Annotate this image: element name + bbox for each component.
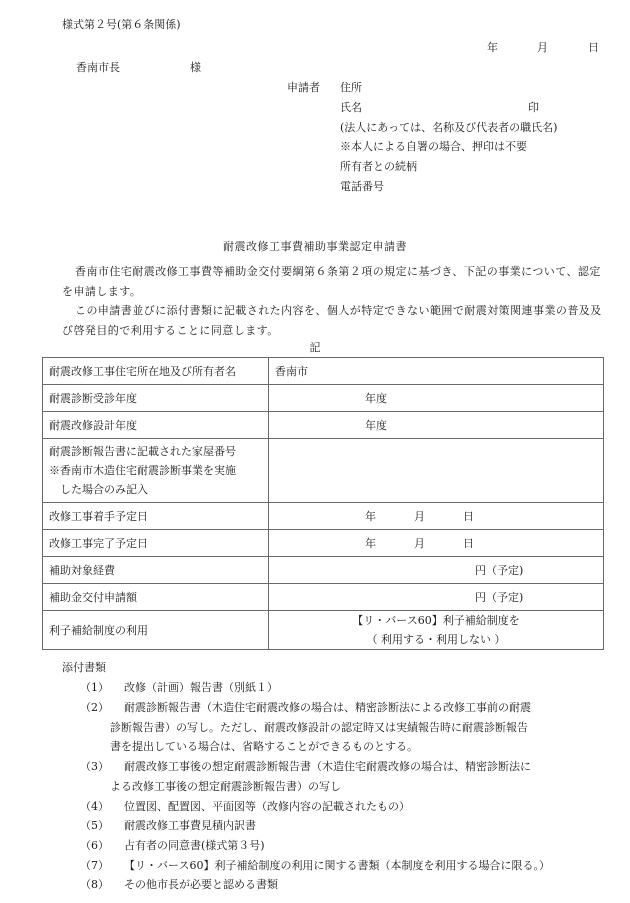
attachment-item: （5）耐震改修工事費見積内訳書 — [80, 820, 256, 831]
applicant-name-field[interactable]: 氏名 — [340, 102, 362, 113]
attachments-heading: 添付書類 — [62, 662, 106, 673]
item-number: （7） — [80, 860, 124, 871]
table-row: 改修工事完了予定日 年月日 — [43, 530, 604, 557]
attachment-item: （7）【リ・バース60】利子補給制度の利用に関する書類（本制度を利用する場合に限… — [80, 860, 550, 871]
honorific: 様 — [190, 62, 201, 73]
item-number: （2） — [80, 702, 124, 713]
body-paragraph-2: この申請書並びに添付書類に記載された内容を、個人が特定できない範囲で耐震対策関連… — [62, 301, 610, 341]
choice-line: 【リ・バース60】利子補給制度を — [275, 611, 597, 630]
month-label: 月 — [414, 538, 425, 549]
day-label: 日 — [463, 538, 474, 549]
row-label: 補助金交付申請額 — [43, 584, 269, 611]
interest-subsidy-choice[interactable]: 【リ・バース60】利子補給制度を （ 利用する・利用しない ） — [269, 611, 604, 650]
year-label: 年 — [365, 511, 376, 522]
signature-note: ※本人による自署の場合、押印は不要 — [340, 141, 527, 152]
row-label: 改修工事完了予定日 — [43, 530, 269, 557]
item-text: 占有者の同意書(様式第３号) — [124, 839, 265, 852]
item-number: （5） — [80, 820, 124, 831]
relationship-field[interactable]: 所有者との続柄 — [340, 161, 417, 172]
location-owner-value[interactable]: 香南市 — [269, 358, 604, 385]
item-text-cont: 診断報告書）の写し。ただし、耐震改修設計の認定時又は実績報告時に耐震診断報告 — [110, 722, 528, 733]
date-day-label: 日 — [588, 42, 599, 53]
document-title: 耐震改修工事費補助事業認定申請書 — [0, 241, 630, 252]
application-table: 耐震改修工事住宅所在地及び所有者名 香南市 耐震診断受診年度 年度 耐震改修設計… — [42, 357, 604, 650]
table-row: 改修工事着手予定日 年月日 — [43, 503, 604, 530]
label-line: した場合のみ記入 — [49, 480, 262, 499]
attachment-item: （2）耐震診断報告書（木造住宅耐震改修の場合は、精密診断法による改修工事前の耐震 — [80, 702, 531, 713]
diagnosis-year-value[interactable]: 年度 — [269, 385, 604, 412]
use-or-not-options[interactable]: （ 利用する・利用しない ） — [275, 630, 597, 649]
item-number: （4） — [80, 801, 124, 812]
item-text: 【リ・バース60】利子補給制度の利用に関する書類（本制度を利用する場合に限る。） — [124, 859, 550, 872]
table-row: 補助金交付申請額 円（予定) — [43, 584, 604, 611]
attachment-item: （6）占有者の同意書(様式第３号) — [80, 840, 265, 851]
phone-field[interactable]: 電話番号 — [340, 181, 384, 192]
table-row: 耐震改修設計年度 年度 — [43, 412, 604, 439]
item-number: （1） — [80, 682, 124, 693]
date-month-label: 月 — [537, 42, 548, 53]
row-label: 耐震改修設計年度 — [43, 412, 269, 439]
row-label: 耐震改修工事住宅所在地及び所有者名 — [43, 358, 269, 385]
table-row: 耐震診断受診年度 年度 — [43, 385, 604, 412]
day-label: 日 — [463, 511, 474, 522]
applicant-address-field[interactable]: 住所 — [340, 82, 362, 93]
yen-label: 円（予定) — [275, 591, 523, 604]
item-text: 耐震改修工事費見積内訳書 — [124, 819, 256, 832]
attachment-item: （4）位置図、配置図、平面図等（改修内容の記載されたもの） — [80, 801, 410, 812]
start-date-value[interactable]: 年月日 — [269, 503, 604, 530]
completion-date-value[interactable]: 年月日 — [269, 530, 604, 557]
label-line: 耐震診断報告書に記載された家屋番号 — [49, 442, 262, 461]
attachment-item: （3）耐震改修工事後の想定耐震診断報告書（木造住宅耐震改修の場合は、精密診断法に — [80, 761, 531, 772]
table-row: 耐震改修工事住宅所在地及び所有者名 香南市 — [43, 358, 604, 385]
addressee: 香南市長 — [76, 62, 120, 73]
body-paragraph-1: 香南市住宅耐震改修工事費等補助金交付要綱第６条第２項の規定に基づき、下記の事業に… — [62, 262, 610, 302]
item-text: 耐震診断報告書（木造住宅耐震改修の場合は、精密診断法による改修工事前の耐震 — [124, 701, 531, 714]
applicant-label: 申請者 — [287, 82, 320, 93]
row-label: 耐震診断受診年度 — [43, 385, 269, 412]
attachment-item: （8）その他市長が必要と認める書類 — [80, 879, 278, 890]
item-text-cont: よる改修工事後の想定耐震診断報告書）の写し — [110, 781, 341, 792]
table-row: 補助対象経費 円（予定) — [43, 557, 604, 584]
item-text: その他市長が必要と認める書類 — [124, 878, 278, 891]
row-label: 利子補給制度の利用 — [43, 611, 269, 650]
item-text: 耐震改修工事後の想定耐震診断報告書（木造住宅耐震改修の場合は、精密診断法に — [124, 760, 531, 773]
nendo-label: 年度 — [275, 392, 387, 405]
subsidy-cost-value[interactable]: 円（予定) — [269, 557, 604, 584]
date-year-label: 年 — [487, 42, 498, 53]
seal-mark: 印 — [528, 102, 539, 113]
item-number: （6） — [80, 840, 124, 851]
table-row: 耐震診断報告書に記載された家屋番号 ※香南市木造住宅耐震診断事業を実施 した場合… — [43, 439, 604, 503]
month-label: 月 — [414, 511, 425, 522]
ki-marker: 記 — [0, 342, 630, 353]
item-text-cont: 書を提出している場合は、省略することができるものとする。 — [110, 741, 418, 752]
attachment-item: （1）改修（計画）報告書（別紙１） — [80, 682, 278, 693]
requested-amount-value[interactable]: 円（予定) — [269, 584, 604, 611]
item-text: 位置図、配置図、平面図等（改修内容の記載されたもの） — [124, 800, 410, 813]
item-number: （3） — [80, 761, 124, 772]
row-label: 改修工事着手予定日 — [43, 503, 269, 530]
year-label: 年 — [365, 538, 376, 549]
row-label: 耐震診断報告書に記載された家屋番号 ※香南市木造住宅耐震診断事業を実施 した場合… — [43, 439, 269, 503]
corporate-note: (法人にあっては、名称及び代表者の職氏名) — [340, 122, 557, 133]
label-line: ※香南市木造住宅耐震診断事業を実施 — [49, 461, 262, 480]
yen-label: 円（予定) — [275, 564, 523, 577]
form-number: 様式第２号(第６条関係) — [62, 19, 181, 30]
house-number-value[interactable] — [269, 439, 604, 503]
item-text: 改修（計画）報告書（別紙１） — [124, 681, 278, 694]
table-row: 利子補給制度の利用 【リ・バース60】利子補給制度を （ 利用する・利用しない … — [43, 611, 604, 650]
nendo-label: 年度 — [275, 419, 387, 432]
item-number: （8） — [80, 879, 124, 890]
row-label: 補助対象経費 — [43, 557, 269, 584]
design-year-value[interactable]: 年度 — [269, 412, 604, 439]
